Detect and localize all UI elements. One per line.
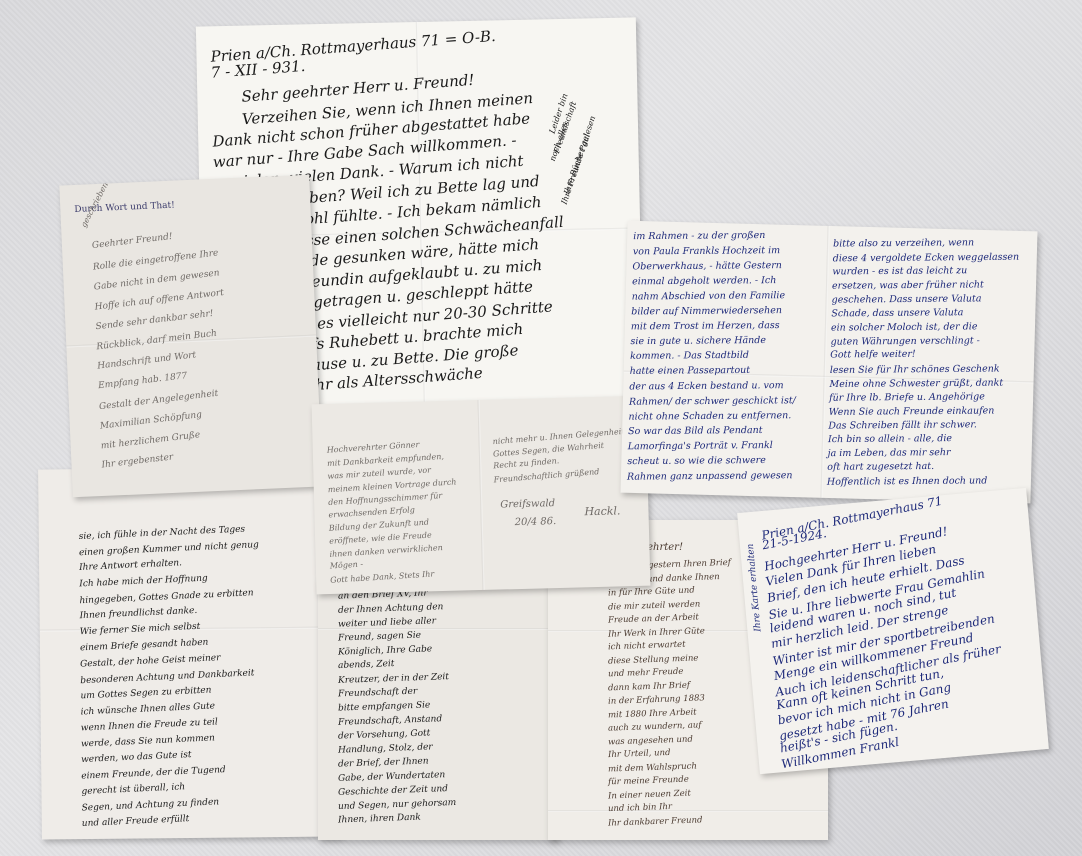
handwritten-line: Ihr ergebenster [101, 452, 174, 470]
handwritten-line: und ich bin Ihr [608, 802, 672, 814]
handwritten-line: eröffnete, wie die Freude [329, 531, 432, 546]
handwritten-line: bilder auf Nimmerwiedersehen [631, 305, 782, 317]
handwritten-line: lesen Sie für Ihr schönes Geschenk [830, 364, 1000, 376]
handwritten-line: Hochverehrter Gönner [327, 440, 420, 455]
handwritten-line: um Gottes Segen zu erbitten [80, 685, 211, 701]
handwritten-line: Ihr Werk in Ihrer Güte [608, 626, 705, 639]
handwritten-line: Meine ohne Schwester grüßt, dankt [829, 378, 1003, 391]
handwritten-line: ich wünsche Ihnen alles Gute [80, 701, 215, 717]
handwritten-line: Maximilian Schöpfung [99, 410, 202, 432]
handwritten-line: Rahmen/ der schwer geschickt ist/ [629, 395, 796, 407]
handwritten-line: für Ihre lb. Briefe u. Angehörige [829, 391, 985, 403]
handwritten-line: Freund, sagen Sie [338, 631, 421, 644]
handwritten-line: Ich bin so allein - alle, die [828, 433, 952, 445]
handwritten-line: bitte empfangen Sie [338, 700, 431, 713]
fold-line [548, 810, 828, 812]
signature: Hackl. [584, 504, 620, 518]
handwritten-line: nahm Abschied von den Familie [632, 290, 785, 302]
handwritten-line: Mögen - [330, 560, 364, 571]
handwritten-line: Hoffentlich ist es Ihnen doch und [827, 475, 988, 487]
handwritten-line: was angesehen und [608, 734, 693, 747]
letter-right-bottom-card: Ihre Karte erhalten Prien a/Ch. Rottmaye… [737, 488, 1049, 774]
handwritten-line: Rolle die eingetroffene Ihre [93, 248, 219, 272]
handwritten-line: Ich habe mich der Hoffnung [79, 574, 208, 590]
handwritten-line: Lamorfinga's Porträt v. Frankl [628, 440, 773, 452]
handwritten-line: Empfang hab. 1877 [98, 371, 188, 391]
handwritten-line: der Vorsehung, Gott [338, 728, 431, 741]
handwritten-line: Bildung der Zukunft und [329, 518, 430, 533]
handwritten-line: von Paula Frankls Hochzeit im [633, 245, 780, 257]
handwritten-line: in der Erfahrung 1883 [608, 693, 705, 706]
handwritten-line: Königlich, Ihre Gabe [338, 644, 432, 657]
handwritten-line: den Hoffnungsschimmer für [328, 491, 443, 507]
handwritten-line: sie in gute u. sichere Hände [630, 335, 766, 347]
handwritten-line: werde, dass Sie nun kommen [81, 733, 215, 749]
handwritten-line: oft hart zugesetzt hat. [827, 461, 934, 473]
handwritten-line: erwachsenden Erfolg [328, 505, 415, 519]
handwritten-line: Geschichte der Zeit und [338, 784, 448, 798]
letter-right-top: im Rahmen - zu der großenvon Paula Frank… [621, 221, 1038, 504]
date: 20/4 86. [515, 516, 557, 528]
handwritten-line: hatte einen Passepartout [630, 365, 750, 377]
handwritten-line: gerecht ist überall, ich [81, 782, 185, 797]
handwritten-line: Rahmen ganz unpassend gewesen [627, 470, 793, 482]
handwritten-line: der Ihnen Achtung den [338, 602, 444, 616]
handwritten-line: Ihr Urteil, und [608, 748, 671, 760]
handwritten-line: Ihre Freunde Paul [560, 133, 592, 206]
handwritten-line: Segen, und Achtung zu finden [81, 797, 219, 813]
handwritten-line: besonderen Achtung und Dankbarkeit [80, 668, 254, 686]
handwritten-line: Wie ferner Sie mich selbst [80, 622, 201, 637]
handwritten-line: Gabe, der Wundertaten [338, 770, 446, 784]
handwritten-line: für meine Freunde [608, 775, 689, 788]
letter-bottom-middle: an den Brief XV, Ihrder Ihnen Achtung de… [318, 578, 558, 840]
handwritten-line: werden, wo das Gute ist [81, 750, 192, 765]
handwritten-line: sie, ich fühle in der Nacht des Tages [79, 525, 246, 543]
fold-line [478, 400, 485, 590]
letter-left-card: Durch Wort und That! geschrieben Geehrte… [59, 175, 322, 498]
handwritten-line: geschehen. Dass unsere Valuta [832, 293, 982, 305]
letter-bottom-left: sie, ich fühle in der Nacht des Tagesein… [38, 466, 342, 839]
handwritten-line: ersetzen, was aber früher nicht [832, 279, 984, 291]
handwritten-line: ja im Leben, das mir sehr [828, 447, 951, 459]
handwritten-line: So war das Bild als Pendant [628, 425, 762, 437]
handwritten-line: Oberwerkhaus, - hätte Gestern [632, 260, 781, 272]
handwritten-line: Handschrift und Wort [97, 350, 197, 371]
handwritten-line: abends, Zeit [338, 659, 395, 671]
handwritten-line: bitte also zu verzeihen, wenn [833, 237, 974, 249]
handwritten-line: Ihnen, ihren Dank [338, 813, 421, 826]
handwritten-line: ich nicht erwartet [608, 640, 686, 653]
handwritten-line: Gott helfe weiter! [830, 349, 916, 361]
handwritten-line: Schade, dass unsere Valuta [831, 307, 963, 319]
handwritten-line: ihnen danken verwirklichen [329, 543, 443, 559]
handwritten-line: Gestalt, der hohe Geist meiner [80, 653, 221, 669]
handwritten-line: im Rahmen - zu der großen [633, 230, 765, 242]
handwritten-line: Freundschaftlich grüßend [493, 467, 599, 484]
handwritten-line: Kreutzer, der in der Zeit [338, 672, 449, 686]
place-name: Greifswald [500, 498, 555, 510]
handwritten-line: guten Währungen verschlingt - [831, 335, 980, 347]
handwritten-line: Recht zu finden. [493, 456, 560, 470]
handwritten-line: ein solcher Moloch ist, der die [831, 321, 978, 333]
handwritten-line: In einer neuen Zeit [608, 788, 691, 801]
handwritten-line: mit 1880 Ihre Arbeit [608, 707, 697, 720]
handwritten-line: mit herzlichem Gruße [100, 430, 200, 451]
handwritten-line: Freundschaft, Anstand [338, 714, 442, 728]
handwritten-line: Ihnen freundlichst danke. [79, 606, 197, 621]
handwritten-line: dann kam Ihr Brief [608, 680, 690, 693]
handwritten-line: Sende sehr dankbar sehr! [95, 309, 214, 332]
handwritten-line: Das Schreiben fällt ihr schwer. [828, 419, 977, 431]
handwritten-line: und Segen, nur gehorsam [338, 798, 456, 812]
handwritten-line: scheut u. so wie die schwere [627, 455, 766, 467]
handwritten-line: nicht mehr u. Ihnen Gelegenheit [492, 427, 624, 446]
handwritten-line: einmal abgeholt werden. - Ich [632, 275, 776, 287]
handwritten-line: der aus 4 Ecken bestand u. vom [629, 380, 783, 392]
handwritten-line: hingegeben, Gottes Gnade zu erbitten [79, 588, 254, 606]
handwritten-line: Ihr dankbarer Freund [608, 815, 703, 828]
handwritten-line: die mir zuteil werden [608, 599, 701, 612]
handwritten-line: Geehrter Freund! [92, 232, 174, 251]
handwritten-line: einem Freunde, der die Tugend [81, 765, 226, 782]
handwritten-line: Gott habe Dank, Stets Ihr [330, 569, 435, 584]
handwritten-line: diese Stellung meine [608, 653, 699, 666]
handwritten-line: Wenn Sie auch Freunde einkaufen [829, 405, 995, 417]
handwritten-line: mit dem Trost im Herzen, dass [631, 320, 780, 332]
letter-center-card: Hochverehrter Gönnermit Dankbarkeit empf… [312, 396, 651, 595]
handwritten-line: einen großen Kummer und nicht genug [79, 540, 259, 558]
handwritten-line: diese 4 vergoldete Ecken weggelassen [833, 252, 1019, 265]
handwritten-line: Freude an der Arbeit [608, 612, 699, 625]
handwritten-line: der Brief, der Ihnen [338, 756, 429, 769]
handwritten-line: mit dem Wahlspruch [608, 761, 697, 774]
handwritten-line: Ihre Antwort erhalten. [79, 558, 182, 573]
handwritten-line: nicht ohne Schaden zu entfernen. [628, 410, 791, 422]
handwritten-line: wurden - es ist das leicht zu [832, 265, 967, 277]
handwritten-line: wenn Ihnen die Freude zu teil [81, 717, 218, 733]
margin-note: Ihre Karte erhalten [746, 543, 764, 632]
handwritten-line: und aller Freude erfüllt [82, 814, 190, 829]
handwritten-line: Freundschaft der [338, 687, 418, 700]
handwritten-line: Handlung, Stolz, der [338, 742, 433, 755]
handwritten-line: einem Briefe gesandt haben [80, 638, 209, 654]
handwritten-line: Gabe nicht in dem gewesen [93, 268, 220, 292]
handwritten-line: und mehr Freude [608, 667, 684, 680]
handwritten-line: was mir zuteil wurde, vor [327, 465, 431, 480]
handwritten-line: Gestalt der Angelegenheit [99, 389, 219, 412]
handwritten-line: auch zu wundern, auf [608, 720, 702, 733]
handwritten-line: kommen. - Das Stadtbild [630, 350, 749, 362]
handwritten-line: Rückblick, darf mein Buch [96, 329, 217, 353]
handwritten-line: in für Ihre Güte und [608, 585, 695, 598]
